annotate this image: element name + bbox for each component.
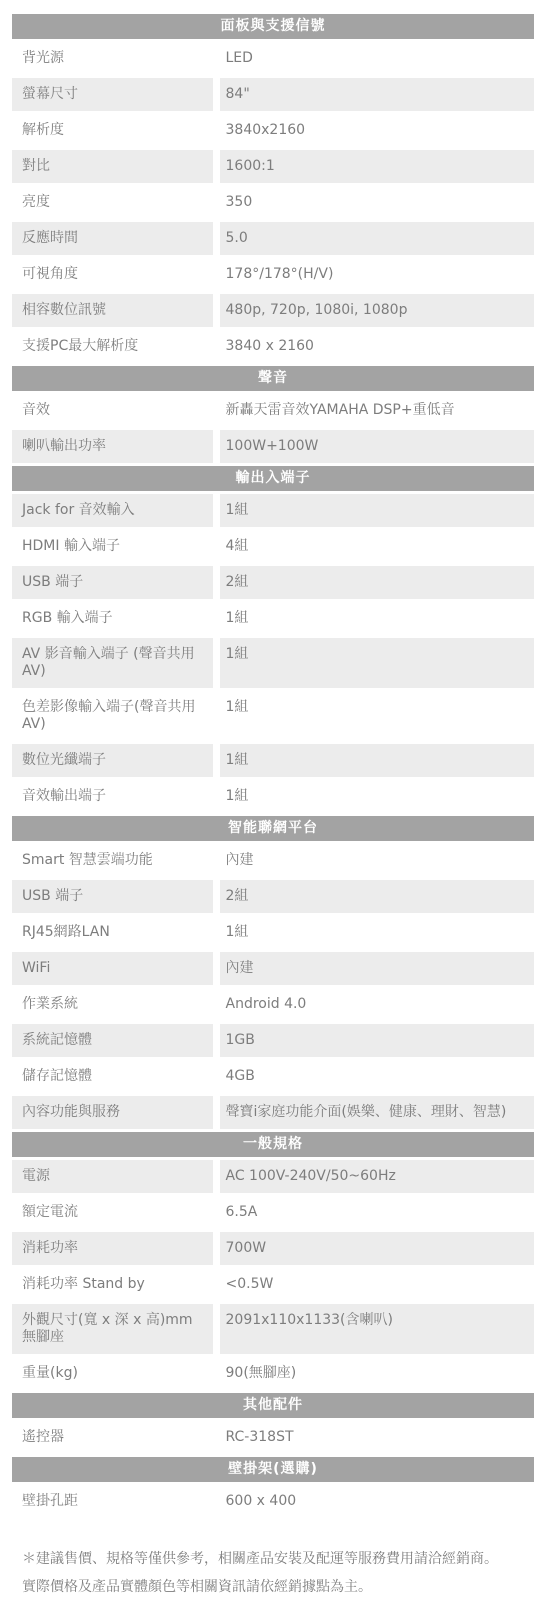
section-header-row: 其他配件: [12, 1392, 534, 1420]
section-header-row: 壁掛架(選購): [12, 1456, 534, 1484]
spec-label: 內容功能與服務: [12, 1095, 216, 1131]
spec-value: 1組: [216, 690, 534, 743]
spec-label: 支援PC最大解析度: [12, 329, 216, 365]
spec-value: 1組: [216, 915, 534, 951]
spec-value: 1組: [216, 493, 534, 529]
spec-label: RGB 輸入端子: [12, 601, 216, 637]
spec-label: 系統記憶體: [12, 1023, 216, 1059]
spec-value: 480p, 720p, 1080i, 1080p: [216, 293, 534, 329]
spec-label: 消耗功率: [12, 1231, 216, 1267]
section-header-row: 輸出入端子: [12, 465, 534, 493]
spec-value: 4GB: [216, 1059, 534, 1095]
spec-value: 100W+100W: [216, 429, 534, 465]
spec-value: 178°/178°(H/V): [216, 257, 534, 293]
spec-value: LED: [216, 41, 534, 77]
spec-row: 系統記憶體1GB: [12, 1023, 534, 1059]
spec-row: 相容數位訊號480p, 720p, 1080i, 1080p: [12, 293, 534, 329]
section-header: 聲音: [12, 365, 534, 393]
spec-row: 數位光纖端子1組: [12, 743, 534, 779]
spec-value: 600 x 400: [216, 1484, 534, 1520]
spec-row: 內容功能與服務聲寶i家庭功能介面(娛樂、健康、理財、智慧): [12, 1095, 534, 1131]
spec-value: 1組: [216, 743, 534, 779]
spec-value: 90(無腳座): [216, 1356, 534, 1392]
spec-row: HDMI 輸入端子4組: [12, 529, 534, 565]
spec-row: 儲存記憶體4GB: [12, 1059, 534, 1095]
spec-value: 700W: [216, 1231, 534, 1267]
spec-row: 消耗功率700W: [12, 1231, 534, 1267]
spec-value: 1組: [216, 779, 534, 815]
spec-label: Smart 智慧雲端功能: [12, 843, 216, 879]
spec-table: 面板與支援信號背光源LED螢幕尺寸84"解析度3840x2160對比1600:1…: [12, 14, 534, 1521]
spec-label: 消耗功率 Stand by: [12, 1267, 216, 1303]
section-header: 面板與支援信號: [12, 14, 534, 41]
spec-row: 電源AC 100V-240V/50~60Hz: [12, 1159, 534, 1195]
spec-label: 可視角度: [12, 257, 216, 293]
section-header: 輸出入端子: [12, 465, 534, 493]
footnote-line-1: ＊建議售價、規格等僅供參考，相關產品安裝及配運等服務費用請洽經銷商。: [22, 1545, 524, 1573]
spec-label: 音效輸出端子: [12, 779, 216, 815]
spec-value: 1600:1: [216, 149, 534, 185]
section-header: 智能聯網平台: [12, 815, 534, 843]
footnote-line-2: 實際價格及產品實體顏色等相關資訊請依經銷據點為主。: [22, 1573, 524, 1601]
spec-table-body: 面板與支援信號背光源LED螢幕尺寸84"解析度3840x2160對比1600:1…: [12, 14, 534, 1520]
spec-value: 3840x2160: [216, 113, 534, 149]
spec-row: 作業系統Android 4.0: [12, 987, 534, 1023]
spec-label: 音效: [12, 393, 216, 429]
footnote: ＊建議售價、規格等僅供參考，相關產品安裝及配運等服務費用請洽經銷商。 實際價格及…: [12, 1545, 534, 1601]
spec-value: <0.5W: [216, 1267, 534, 1303]
spec-value: 350: [216, 185, 534, 221]
spec-row: 色差影像輸入端子(聲音共用AV)1組: [12, 690, 534, 743]
spec-label: Jack for 音效輸入: [12, 493, 216, 529]
spec-label: 電源: [12, 1159, 216, 1195]
section-header: 其他配件: [12, 1392, 534, 1420]
spec-row: 對比1600:1: [12, 149, 534, 185]
spec-row: USB 端子2組: [12, 565, 534, 601]
spec-label: 作業系統: [12, 987, 216, 1023]
spec-label: 色差影像輸入端子(聲音共用AV): [12, 690, 216, 743]
spec-label: 反應時間: [12, 221, 216, 257]
spec-row: 消耗功率 Stand by<0.5W: [12, 1267, 534, 1303]
spec-row: 音效新轟天雷音效YAMAHA DSP+重低音: [12, 393, 534, 429]
spec-row: RGB 輸入端子1組: [12, 601, 534, 637]
spec-row: 壁掛孔距600 x 400: [12, 1484, 534, 1520]
spec-label: 額定電流: [12, 1195, 216, 1231]
section-header-row: 智能聯網平台: [12, 815, 534, 843]
spec-value: 5.0: [216, 221, 534, 257]
spec-row: 背光源LED: [12, 41, 534, 77]
spec-value: 1組: [216, 637, 534, 690]
spec-value: 3840 x 2160: [216, 329, 534, 365]
spec-row: 解析度3840x2160: [12, 113, 534, 149]
spec-label: HDMI 輸入端子: [12, 529, 216, 565]
section-header-row: 面板與支援信號: [12, 14, 534, 41]
spec-label: 相容數位訊號: [12, 293, 216, 329]
spec-label: 亮度: [12, 185, 216, 221]
spec-row: 重量(kg)90(無腳座): [12, 1356, 534, 1392]
spec-label: USB 端子: [12, 565, 216, 601]
spec-value: 1組: [216, 601, 534, 637]
spec-row: 外觀尺寸(寬 x 深 x 高)mm無腳座2091x110x1133(含喇叭): [12, 1303, 534, 1356]
spec-value: 1GB: [216, 1023, 534, 1059]
spec-label: 數位光纖端子: [12, 743, 216, 779]
section-header: 壁掛架(選購): [12, 1456, 534, 1484]
spec-value: 內建: [216, 843, 534, 879]
spec-label: 背光源: [12, 41, 216, 77]
spec-label: 遙控器: [12, 1420, 216, 1456]
spec-value: Android 4.0: [216, 987, 534, 1023]
spec-value: 新轟天雷音效YAMAHA DSP+重低音: [216, 393, 534, 429]
spec-label: 壁掛孔距: [12, 1484, 216, 1520]
spec-label: 外觀尺寸(寬 x 深 x 高)mm無腳座: [12, 1303, 216, 1356]
spec-label: 重量(kg): [12, 1356, 216, 1392]
spec-value: 聲寶i家庭功能介面(娛樂、健康、理財、智慧): [216, 1095, 534, 1131]
spec-row: 喇叭輸出功率100W+100W: [12, 429, 534, 465]
spec-label: 解析度: [12, 113, 216, 149]
spec-value: 6.5A: [216, 1195, 534, 1231]
spec-row: 可視角度178°/178°(H/V): [12, 257, 534, 293]
spec-page: 面板與支援信號背光源LED螢幕尺寸84"解析度3840x2160對比1600:1…: [0, 0, 546, 1601]
spec-row: Jack for 音效輸入1組: [12, 493, 534, 529]
spec-label: USB 端子: [12, 879, 216, 915]
spec-row: 支援PC最大解析度3840 x 2160: [12, 329, 534, 365]
section-header: 一般規格: [12, 1131, 534, 1159]
spec-value: 2組: [216, 879, 534, 915]
spec-label: RJ45網路LAN: [12, 915, 216, 951]
spec-label: 對比: [12, 149, 216, 185]
spec-row: 反應時間5.0: [12, 221, 534, 257]
spec-row: USB 端子2組: [12, 879, 534, 915]
spec-row: 亮度350: [12, 185, 534, 221]
spec-row: WiFi內建: [12, 951, 534, 987]
spec-value: RC-318ST: [216, 1420, 534, 1456]
spec-value: 4組: [216, 529, 534, 565]
spec-value: AC 100V-240V/50~60Hz: [216, 1159, 534, 1195]
spec-value: 內建: [216, 951, 534, 987]
spec-value: 2091x110x1133(含喇叭): [216, 1303, 534, 1356]
spec-value: 2組: [216, 565, 534, 601]
spec-label: 儲存記憶體: [12, 1059, 216, 1095]
spec-row: 額定電流6.5A: [12, 1195, 534, 1231]
spec-row: AV 影音輸入端子 (聲音共用AV)1組: [12, 637, 534, 690]
section-header-row: 聲音: [12, 365, 534, 393]
spec-row: Smart 智慧雲端功能內建: [12, 843, 534, 879]
spec-label: AV 影音輸入端子 (聲音共用AV): [12, 637, 216, 690]
spec-row: 遙控器RC-318ST: [12, 1420, 534, 1456]
spec-label: 螢幕尺寸: [12, 77, 216, 113]
spec-value: 84": [216, 77, 534, 113]
spec-label: WiFi: [12, 951, 216, 987]
spec-row: RJ45網路LAN1組: [12, 915, 534, 951]
section-header-row: 一般規格: [12, 1131, 534, 1159]
spec-row: 音效輸出端子1組: [12, 779, 534, 815]
spec-row: 螢幕尺寸84": [12, 77, 534, 113]
spec-label: 喇叭輸出功率: [12, 429, 216, 465]
